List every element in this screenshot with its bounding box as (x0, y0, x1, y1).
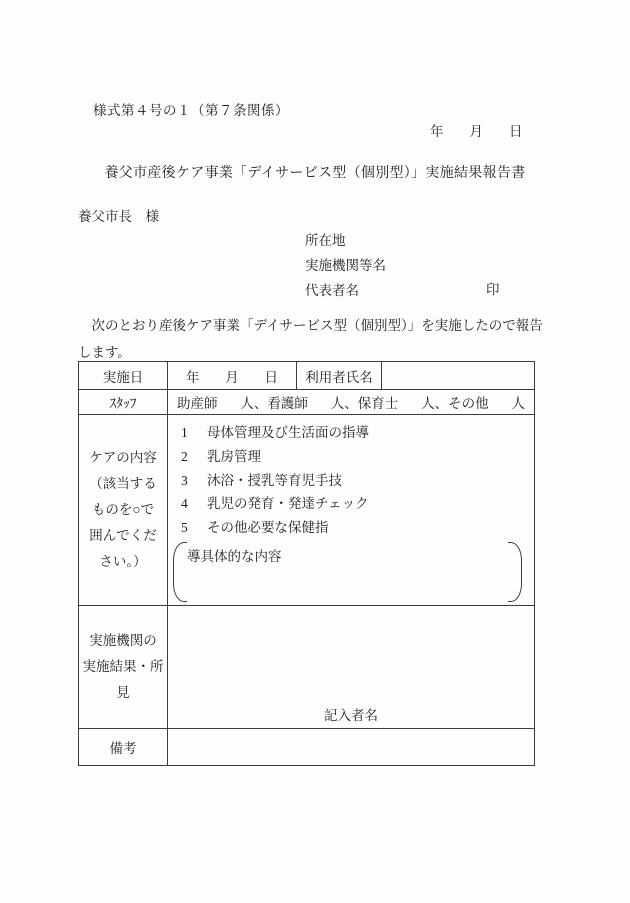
table-row-result: 実施機関の 実施結果・所 見 記入者名 (79, 606, 534, 729)
sender-representative-label: 代表者名 (305, 278, 386, 303)
document-page: 様式第４号の１（第７条関係） 年 月 日 養父市産後ケア事業「デイサービス型（個… (0, 0, 630, 903)
care-item-2-text: 乳房管理 (207, 445, 261, 469)
date-day-label: 日 (509, 120, 523, 140)
user-name-label: 利用者氏名 (297, 362, 382, 389)
cell-year-label: 年 (186, 366, 200, 386)
table-row-remarks: 備考 (79, 729, 534, 765)
care-detail-note: 導具体的な内容 (187, 545, 282, 565)
remarks-fill-cell[interactable] (168, 729, 534, 765)
document-title: 養父市産後ケア事業「デイサービス型（個別型）」実施結果報告書 (0, 162, 630, 182)
sender-organization-label: 実施機関等名 (305, 253, 386, 278)
care-label-line-4: 囲んでくだ (79, 523, 167, 549)
user-name-fill-cell[interactable] (382, 362, 534, 389)
table-row-staff: ｽﾀｯﾌ 助産師 人、看護師 人、保育士 人、その他 人 (79, 390, 534, 415)
table-row-care: ケアの内容 （該当する ものを○で 囲んでくだ さい。） 1 母体管理及び生活面… (79, 415, 534, 606)
staff-segment-nurse: 人、看護師 (240, 392, 308, 412)
writer-name-label: 記入者名 (324, 704, 378, 724)
care-item-3-number: 3 (181, 469, 207, 493)
result-row-label: 実施機関の 実施結果・所 見 (79, 606, 168, 728)
care-item-3[interactable]: 3 沐浴・授乳等育児手技 (181, 469, 534, 493)
result-label-line-1: 実施機関の (79, 628, 167, 654)
result-label-line-2: 実施結果・所 (79, 654, 167, 680)
care-label-line-3: ものを○で (79, 497, 167, 523)
care-label-line-5: さい。） (79, 549, 167, 575)
intro-paragraph: 次のとおり産後ケア事業「デイサービス型（個別型）」を実施したので報告 します。 (78, 312, 543, 366)
care-item-4-text: 乳児の発育・発達チェック (207, 492, 369, 516)
date-year-label: 年 (430, 120, 444, 140)
staff-row-label: ｽﾀｯﾌ (79, 390, 168, 414)
care-label-line-2: （該当する (79, 471, 167, 497)
staff-segment-childcare: 人、保育士 (331, 392, 399, 412)
care-item-1-number: 1 (181, 421, 207, 445)
staff-fill-cell[interactable]: 助産師 人、看護師 人、保育士 人、その他 人 (168, 390, 534, 414)
cell-day-label: 日 (265, 366, 279, 386)
care-item-4-number: 4 (181, 492, 207, 516)
sender-block: 所在地 実施機関等名 代表者名 (305, 228, 386, 303)
care-item-1-text: 母体管理及び生活面の指導 (207, 421, 369, 445)
care-item-5-number: 5 (181, 516, 207, 540)
table-row-date: 実施日 年 月 日 利用者氏名 (79, 362, 534, 390)
care-item-2[interactable]: 2 乳房管理 (181, 445, 534, 469)
care-item-5-text: その他必要な保健指 (207, 516, 329, 540)
care-content-cell: 1 母体管理及び生活面の指導 2 乳房管理 3 沐浴・授乳等育児手技 4 乳児の… (168, 415, 534, 605)
care-item-3-text: 沐浴・授乳等育児手技 (207, 469, 342, 493)
remarks-row-label: 備考 (79, 729, 168, 765)
staff-segment-other: 人、その他 (421, 392, 489, 412)
date-month-label: 月 (470, 120, 484, 140)
sender-address-label: 所在地 (305, 228, 386, 253)
intro-line-1: 次のとおり産後ケア事業「デイサービス型（個別型）」を実施したので報告 (78, 312, 543, 339)
date-line: 年 月 日 (430, 120, 523, 140)
care-label-line-1: ケアの内容 (79, 445, 167, 471)
paren-right-icon (508, 542, 522, 602)
cell-month-label: 月 (225, 366, 239, 386)
care-item-1[interactable]: 1 母体管理及び生活面の指導 (181, 421, 534, 445)
result-fill-cell[interactable]: 記入者名 (168, 606, 534, 728)
care-detail-fill-area[interactable]: 導具体的な内容 (173, 542, 522, 602)
care-item-5[interactable]: 5 その他必要な保健指 (181, 516, 534, 540)
care-item-2-number: 2 (181, 445, 207, 469)
form-number: 様式第４号の１（第７条関係） (93, 99, 289, 119)
addressee: 養父市長 様 (78, 205, 159, 225)
paren-left-icon (173, 542, 187, 602)
care-item-list: 1 母体管理及び生活面の指導 2 乳房管理 3 沐浴・授乳等育児手技 4 乳児の… (168, 415, 534, 540)
care-row-label: ケアの内容 （該当する ものを○で 囲んでくだ さい。） (79, 415, 168, 605)
care-item-4[interactable]: 4 乳児の発育・発達チェック (181, 492, 534, 516)
date-fill-cell[interactable]: 年 月 日 (168, 362, 297, 389)
date-row-label: 実施日 (79, 362, 168, 389)
results-table: 実施日 年 月 日 利用者氏名 ｽﾀｯﾌ 助産師 人、看護師 人、保育士 人、そ… (78, 361, 535, 766)
seal-mark: 印 (486, 278, 500, 298)
staff-segment-count: 人 (512, 392, 526, 412)
result-label-line-3: 見 (79, 680, 167, 706)
staff-segment-midwife: 助産師 (177, 392, 218, 412)
